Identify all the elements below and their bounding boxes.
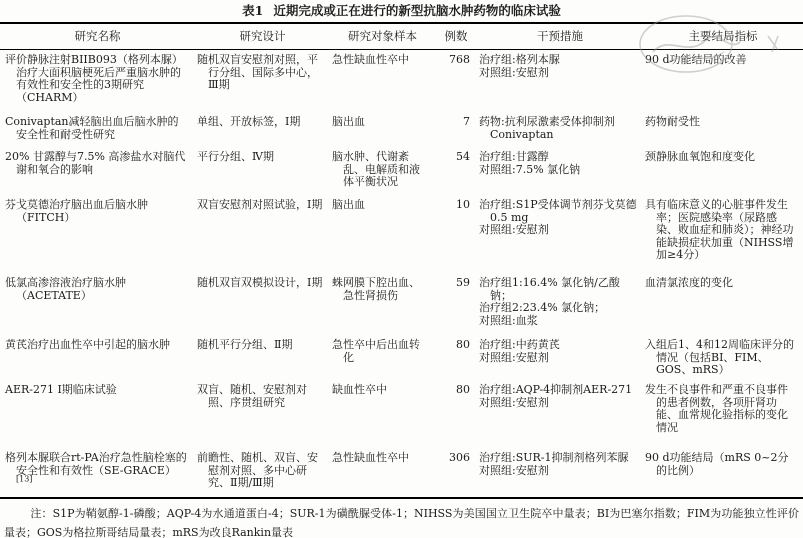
study-design: 随机双盲安慰剂对照，平行分组、国际多中心，Ⅲ期	[197, 54, 324, 92]
table-row: 20% 甘露醇与7.5% 高渗盐水对脑代谢和氧合的影响 平行分组、Ⅳ期 脑水肿、…	[0, 147, 803, 195]
table-row: 评价静脉注射BIIB093（格列本脲）治疗大面积脑梗死后严重脑水肿的有效性和安全…	[0, 50, 803, 112]
table-row: 格列本脲联合rt-PA治疗急性脑栓塞的安全性和有效性（SE-GRACE）[13]…	[0, 448, 803, 497]
paper-table-page: 表1近期完成或正在进行的新型抗脑水肿药物的临床试验 研究名称 研究设计 研究对象…	[0, 0, 803, 538]
intervention-line: 对照组:安慰剂	[479, 224, 637, 237]
case-count: 54	[435, 147, 477, 164]
study-design: 单组、开放标签，Ⅰ期	[197, 116, 324, 129]
case-count: 306	[435, 448, 477, 465]
study-sample: 脑出血	[332, 199, 429, 212]
intervention-line: 对照组:安慰剂	[479, 397, 637, 410]
table-number: 表1	[242, 3, 263, 18]
primary-outcome: 药物耐受性	[645, 116, 797, 129]
intervention-line: 治疗组:SUR-1抑制剂格列苯脲	[479, 452, 637, 465]
column-header-design: 研究设计	[195, 24, 330, 49]
case-count: 80	[435, 335, 477, 352]
column-header-intervention: 干预措施	[477, 24, 643, 49]
study-name: 评价静脉注射BIIB093（格列本脲）治疗大面积脑梗死后严重脑水肿的有效性和安全…	[5, 54, 189, 104]
intervention-line: 治疗组:AQP-4抑制剂AER-271	[479, 384, 637, 397]
study-name: Conivaptan减轻脑出血后脑水肿的安全性和耐受性研究	[5, 116, 189, 141]
study-sample: 急性卒中后出血转化	[332, 339, 429, 364]
column-header-outcome: 主要结局指标	[643, 24, 803, 49]
primary-outcome: 90 d功能结局的改善	[645, 54, 797, 67]
reference-marker: [13]	[16, 474, 32, 483]
case-count: 59	[435, 273, 477, 290]
primary-outcome: 90 d功能结局（mRS 0~2分的比例）	[645, 452, 797, 477]
intervention-line: 治疗组1:16.4% 氯化钠/乙酸钠；	[479, 277, 637, 302]
primary-outcome: 血清氯浓度的变化	[645, 277, 797, 290]
intervention-line: 对照组:7.5% 氯化钠	[479, 164, 637, 177]
table-row: AER-271 Ⅰ期临床试验 双盲、随机、安慰剂对照、序贯组研究 缺血性卒中 8…	[0, 380, 803, 448]
study-sample: 缺血性卒中	[332, 384, 429, 397]
study-sample: 蛛网膜下腔出血、急性肾损伤	[332, 277, 429, 302]
study-design: 双盲、随机、安慰剂对照、序贯组研究	[197, 384, 324, 409]
table-title: 表1近期完成或正在进行的新型抗脑水肿药物的临床试验	[0, 0, 803, 22]
primary-outcome: 具有临床意义的心脏事件发生率；医院感染率（尿路感染、败血症和肺炎）；神经功能缺损…	[645, 199, 797, 262]
table-body: 评价静脉注射BIIB093（格列本脲）治疗大面积脑梗死后严重脑水肿的有效性和安全…	[0, 50, 803, 499]
study-design: 随机双盲双模拟设计，Ⅰ期	[197, 277, 324, 290]
table-footnote: 注：S1P为鞘氨醇-1-磷酸；AQP-4为水通道蛋白-4；SUR-1为磺酰脲受体…	[0, 499, 803, 538]
intervention-line: 治疗组2:23.4% 氯化钠；	[479, 302, 637, 315]
case-count: 768	[435, 50, 477, 67]
study-name: 格列本脲联合rt-PA治疗急性脑栓塞的安全性和有效性（SE-GRACE）[13]	[5, 452, 189, 490]
intervention-line: 对照组:血浆	[479, 315, 637, 328]
study-design: 双盲安慰剂对照试验，Ⅰ期	[197, 199, 324, 212]
study-name: AER-271 Ⅰ期临床试验	[5, 384, 189, 397]
intervention-line: 对照组:安慰剂	[479, 465, 637, 478]
table-row: Conivaptan减轻脑出血后脑水肿的安全性和耐受性研究 单组、开放标签，Ⅰ期…	[0, 112, 803, 147]
primary-outcome: 发生不良事件和严重不良事件的患者例数，各项肝肾功能、血常规化验指标的变化情况	[645, 384, 797, 434]
study-name: 20% 甘露醇与7.5% 高渗盐水对脑代谢和氧合的影响	[5, 151, 189, 176]
primary-outcome: 入组后1、4和12周临床评分的情况（包括BI、FIM、GOS、mRS）	[645, 339, 797, 377]
column-header-study-name: 研究名称	[0, 24, 195, 49]
intervention-line: 药物:抗利尿激素受体抑制剂Conivaptan	[479, 116, 637, 141]
case-count: 7	[435, 112, 477, 129]
table-header-row: 研究名称 研究设计 研究对象样本 例数 干预措施 主要结局指标	[0, 22, 803, 50]
study-name: 低氯高渗溶液治疗脑水肿（ACETATE）	[5, 277, 189, 302]
table-row: 黄芪治疗出血性卒中引起的脑水肿 随机平行分组、Ⅱ期 急性卒中后出血转化 80 治…	[0, 335, 803, 380]
table-row: 低氯高渗溶液治疗脑水肿（ACETATE） 随机双盲双模拟设计，Ⅰ期 蛛网膜下腔出…	[0, 273, 803, 335]
study-sample: 脑出血	[332, 116, 429, 129]
intervention-line: 对照组:安慰剂	[479, 67, 637, 80]
study-sample: 急性缺血性卒中	[332, 452, 429, 465]
column-header-cases: 例数	[435, 24, 477, 49]
column-header-sample: 研究对象样本	[330, 24, 435, 49]
study-design: 平行分组、Ⅳ期	[197, 151, 324, 164]
case-count: 80	[435, 380, 477, 397]
study-design: 随机平行分组、Ⅱ期	[197, 339, 324, 352]
intervention-line: 治疗组:中药黄芪	[479, 339, 637, 352]
primary-outcome: 颈静脉血氧饱和度变化	[645, 151, 797, 164]
table-title-text: 近期完成或正在进行的新型抗脑水肿药物的临床试验	[273, 3, 561, 18]
case-count: 10	[435, 195, 477, 212]
study-design: 前瞻性、随机、双盲、安慰剂对照、多中心研究、Ⅱ期/Ⅲ期	[197, 452, 324, 490]
table-row: 芬戈莫德治疗脑出血后脑水肿（FITCH） 双盲安慰剂对照试验，Ⅰ期 脑出血 10…	[0, 195, 803, 273]
study-name: 芬戈莫德治疗脑出血后脑水肿（FITCH）	[5, 199, 189, 224]
intervention-line: 治疗组:格列本脲	[479, 54, 637, 67]
intervention-line: 对照组:安慰剂	[479, 352, 637, 365]
intervention-line: 治疗组:甘露醇	[479, 151, 637, 164]
study-name: 黄芪治疗出血性卒中引起的脑水肿	[5, 339, 189, 352]
intervention-line: 治疗组:S1P受体调节剂芬戈莫德0.5 mg	[479, 199, 637, 224]
study-sample: 急性缺血性卒中	[332, 54, 429, 67]
study-sample: 脑水肿、代谢紊乱、电解质和液体平衡状况	[332, 151, 429, 189]
